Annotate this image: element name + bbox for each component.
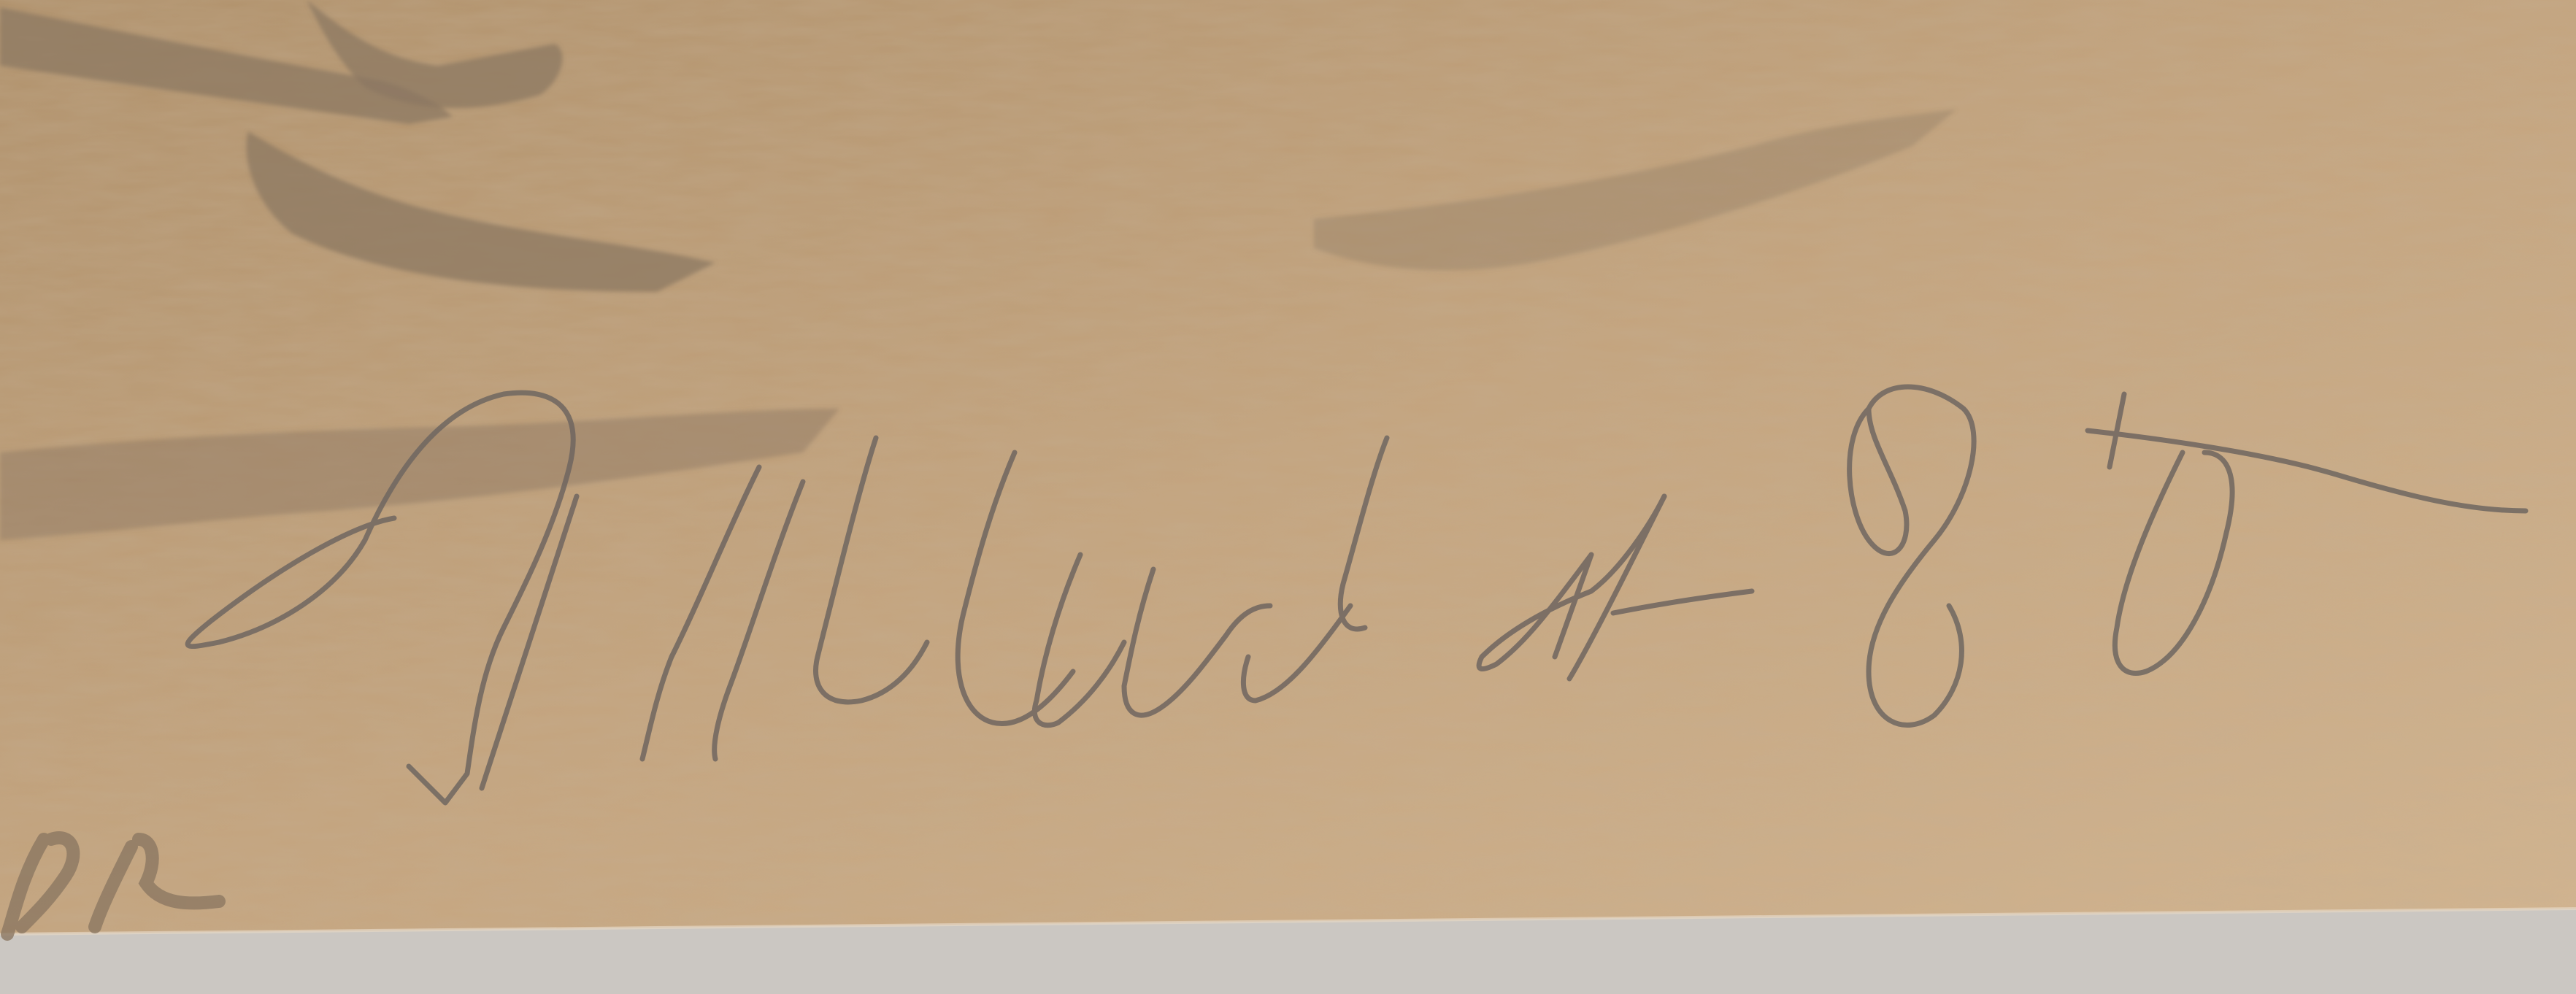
paper-sheet xyxy=(0,0,2576,994)
photo-scene: A. Schmidt 80 80 xyxy=(0,0,2576,994)
